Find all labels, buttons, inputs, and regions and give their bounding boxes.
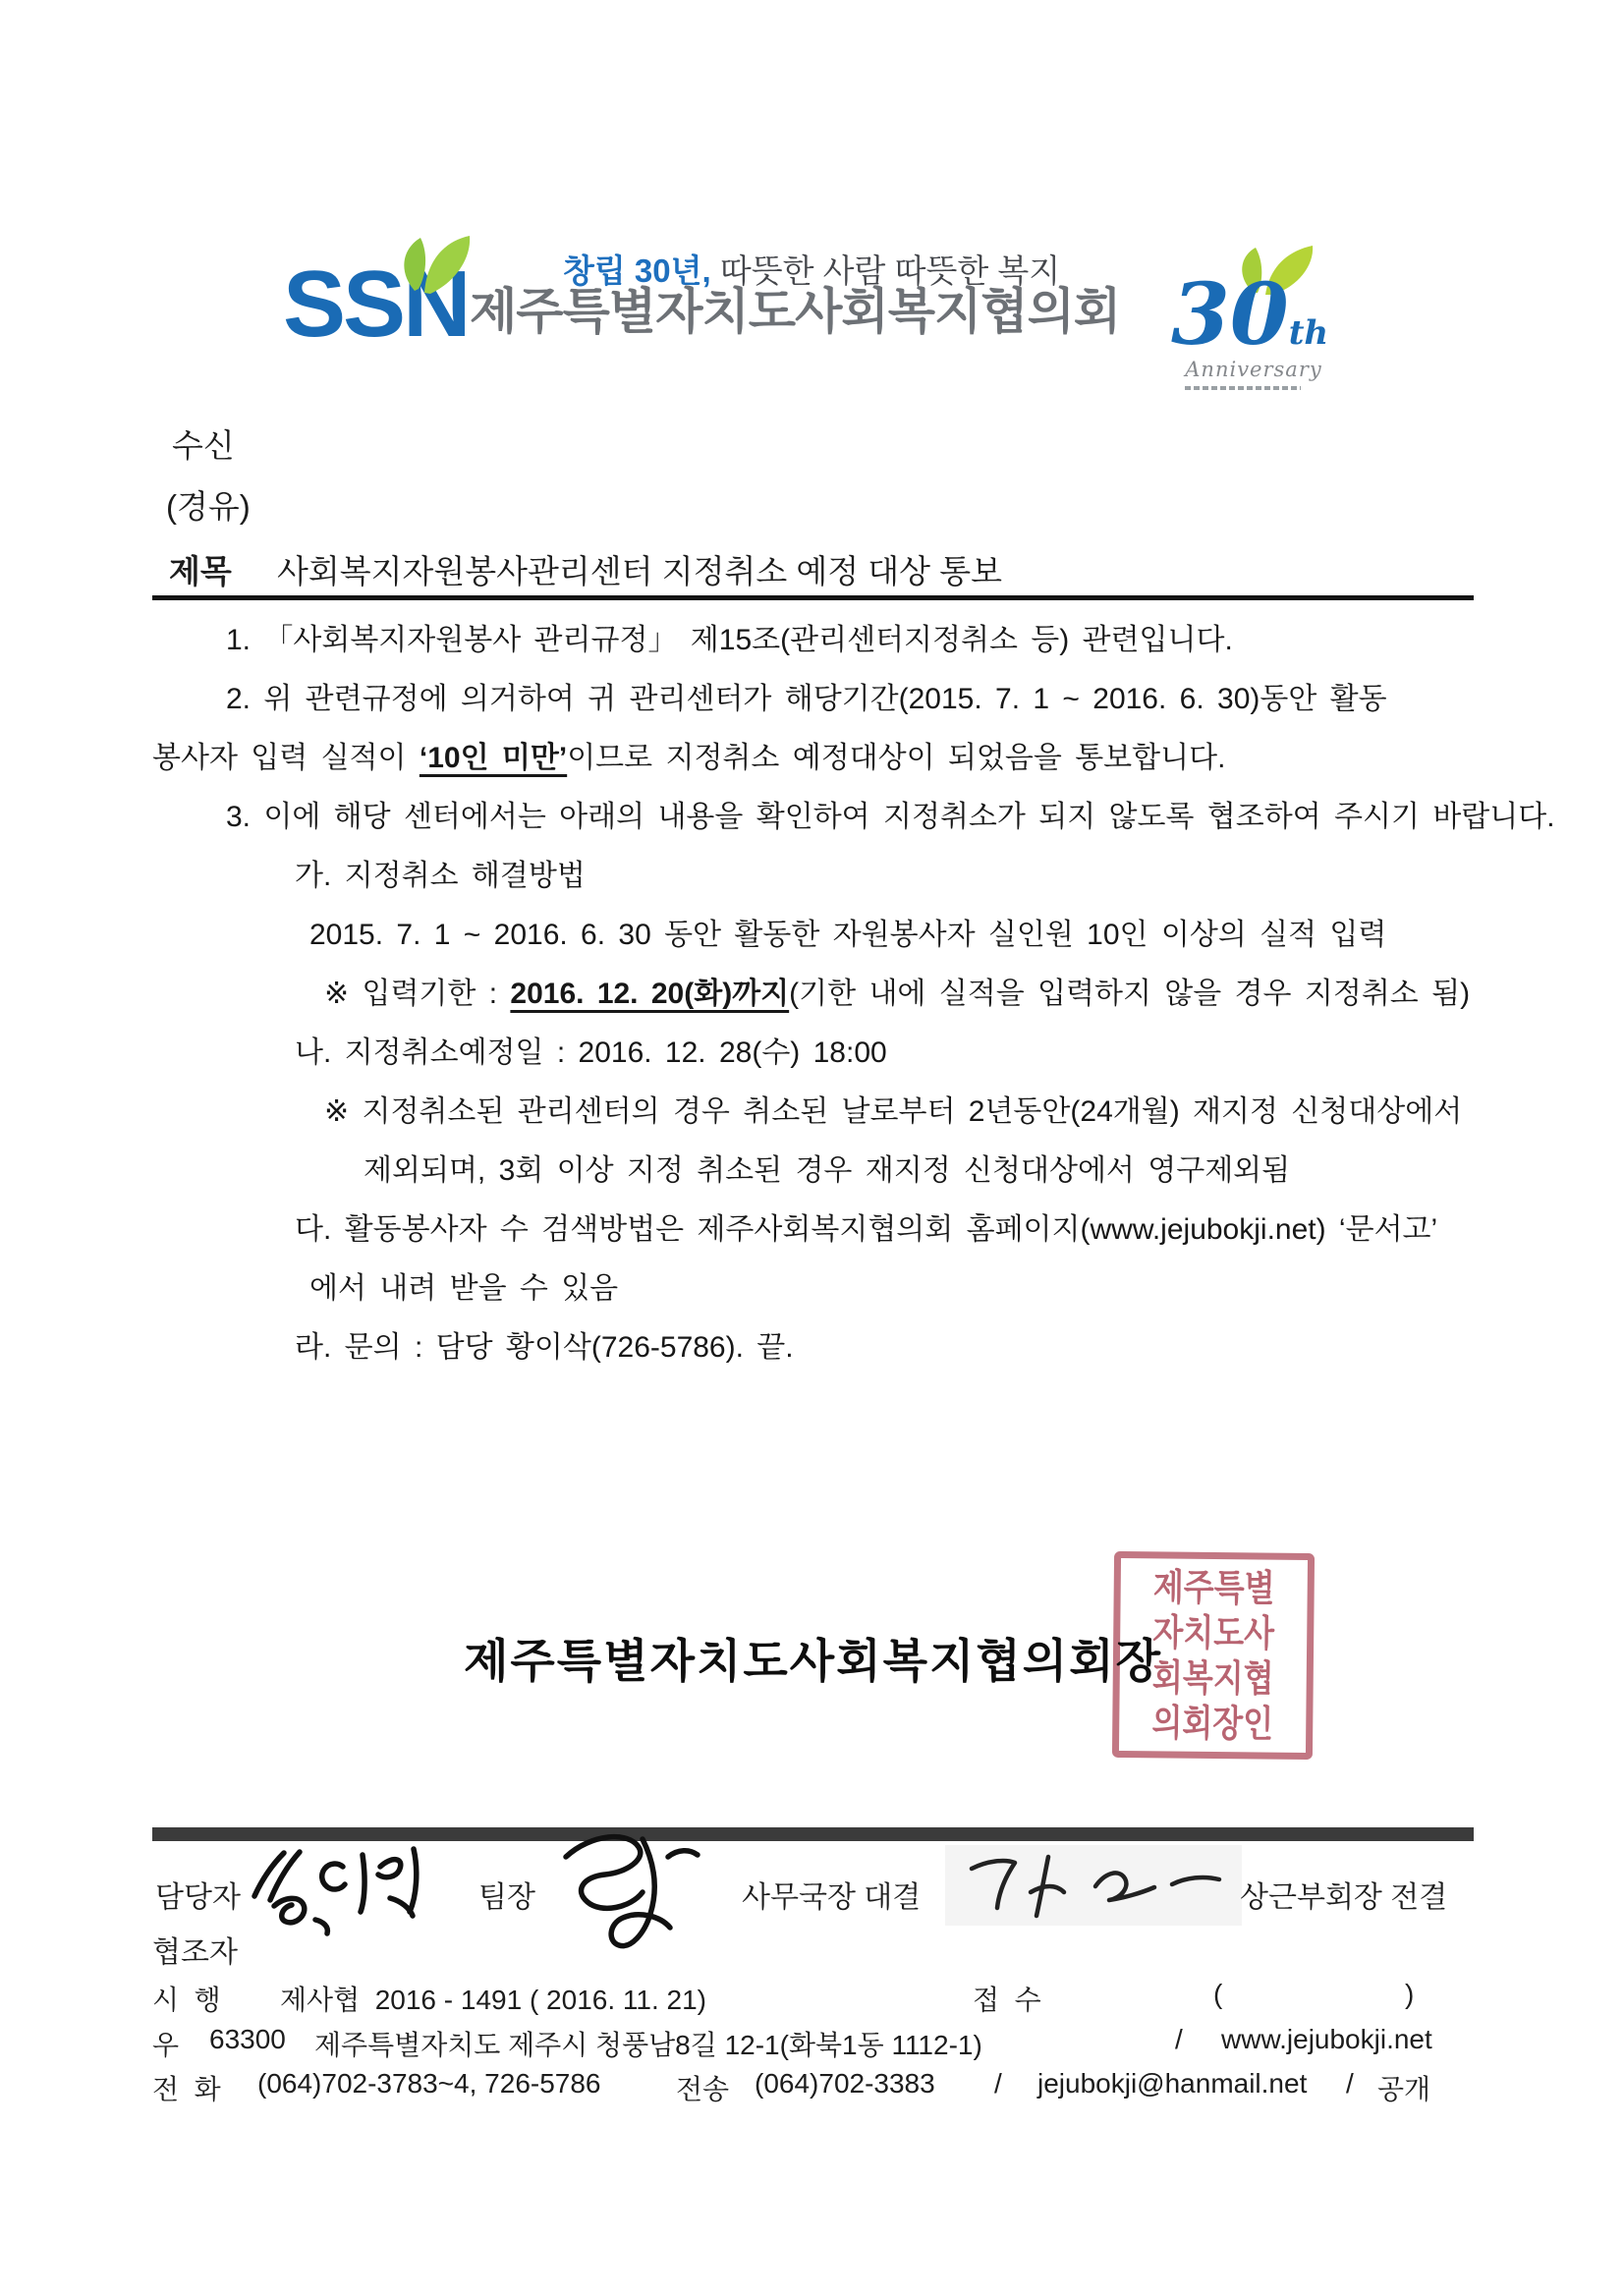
team-leader-signature [542, 1827, 709, 1960]
body-text: ※ 입력기한 : [324, 978, 510, 1010]
website-text: www.jejubokji.net [1221, 2024, 1432, 2055]
staff-signature [241, 1843, 442, 1939]
postal-label: 우 [152, 2024, 179, 2063]
slash-separator: / [1346, 2068, 1354, 2100]
body-text: 이므로 지정취소 예정대상이 되었음을 통보합니다. [567, 742, 1225, 774]
seal-row: 의회장인 [1123, 1704, 1302, 1743]
fax-label: 전송 [676, 2068, 729, 2107]
body-line: 나. 지정취소예정일 : 2016. 12. 28(수) 18:00 [152, 1024, 1488, 1083]
team-leader-label: 팀장 [478, 1873, 535, 1916]
body-line: 제외되며, 3회 이상 지정 취소된 경우 재지정 신청대상에서 영구제외됨 [152, 1142, 1488, 1201]
body-line: 에서 내려 받을 수 있음 [152, 1260, 1488, 1318]
body-line: ※ 입력기한 : 2016. 12. 20(화)까지(기한 내에 실적을 입력하… [152, 965, 1488, 1024]
secretary-label: 사무국장 대결 [742, 1873, 921, 1916]
vice-chairman-label: 상근부회장 전결 [1240, 1873, 1447, 1916]
body-line: 2015. 7. 1 ~ 2016. 6. 30 동안 활동한 자원봉사자 실인… [152, 906, 1488, 965]
cooperator-label: 협조자 [152, 1928, 238, 1971]
anniversary-number: 30 [1171, 265, 1289, 364]
recipient-label: 수신 [172, 420, 235, 467]
seal-row: 자치도사 [1124, 1613, 1303, 1652]
fax-number: (064)702-3383 [755, 2068, 935, 2100]
staff-label: 담당자 [155, 1873, 241, 1916]
subject-text: 사회복지자원봉사관리센터 지정취소 예정 대상 통보 [277, 546, 1002, 592]
footer-divider-bar [152, 1827, 1474, 1841]
document-page: SSN 창립 30년, 따뜻한 사람 따뜻한 복지 제주특별자치도사회복지협의회… [0, 0, 1624, 2296]
anniversary-number-group: 30th [1171, 273, 1328, 358]
anniversary-logo: 30th Anniversary [1171, 244, 1338, 386]
disclosure-label: 공개 [1377, 2068, 1430, 2107]
postal-code: 63300 [209, 2024, 286, 2055]
phone-label: 전 화 [152, 2068, 221, 2107]
threshold-emphasis: ‘10인 미만’ [420, 742, 567, 774]
receipt-paren-open: ( [1213, 1979, 1222, 2010]
document-body: 1. 「사회복지자원봉사 관리규정」 제15조(관리센터지정취소 등) 관련입니… [152, 611, 1488, 1377]
title-divider [152, 595, 1474, 600]
official-seal-stamp: 제주특별 자치도사 회복지협 의회장인 [1112, 1551, 1315, 1760]
issue-label: 시 행 [152, 1979, 221, 2018]
email-text: jejubokji@hanmail.net [1037, 2068, 1307, 2100]
secretary-signature [958, 1849, 1238, 1924]
body-line: 1. 「사회복지자원봉사 관리규정」 제15조(관리센터지정취소 등) 관련입니… [152, 611, 1488, 670]
seal-row: 제주특별 [1125, 1568, 1304, 1607]
body-line: 라. 문의 : 담당 황이삭(726-5786). 끝. [152, 1318, 1488, 1377]
address-text: 제주특별자치도 제주시 청풍남8길 12-1(화북1동 1112-1) [314, 2024, 982, 2063]
body-line: 3. 이에 해당 센터에서는 아래의 내용을 확인하여 지정취소가 되지 않도록… [152, 788, 1488, 847]
body-line: 가. 지정취소 해결방법 [152, 847, 1488, 906]
slash-separator: / [994, 2068, 1002, 2100]
deadline-emphasis: 2016. 12. 20(화)까지 [510, 978, 789, 1010]
receipt-paren-close: ) [1405, 1979, 1414, 2010]
anniversary-subtext-line [1185, 386, 1301, 390]
phone-numbers: (064)702-3783~4, 726-5786 [257, 2068, 601, 2100]
body-line: ※ 지정취소된 관리센터의 경우 취소된 날로부터 2년동안(24개월) 재지정… [152, 1083, 1488, 1142]
slash-separator: / [1175, 2024, 1183, 2055]
org-name: 제주특별자치도사회복지협의회 [470, 287, 1120, 336]
receipt-label: 접 수 [973, 1979, 1041, 2018]
body-line: 다. 활동봉사자 수 검색방법은 제주사회복지협의회 홈페이지(www.jeju… [152, 1201, 1488, 1260]
anniversary-label: Anniversary [1175, 358, 1332, 381]
body-line: 봉사자 입력 실적이 ‘10인 미만’이므로 지정취소 예정대상이 되었음을 통… [152, 729, 1488, 788]
body-text: (기한 내에 실적을 입력하지 않을 경우 지정취소 됨) [789, 978, 1470, 1010]
body-text: 봉사자 입력 실적이 [152, 742, 420, 774]
subject-label: 제목 [169, 546, 232, 592]
body-line: 2. 위 관련규정에 의거하여 귀 관리센터가 해당기간(2015. 7. 1 … [152, 670, 1488, 729]
anniversary-suffix: th [1289, 313, 1328, 353]
via-label: (경유) [166, 481, 251, 528]
ssn-leaf-icon [391, 232, 477, 295]
seal-row: 회복지협 [1124, 1658, 1303, 1698]
issue-number: 제사협 2016 - 1491 ( 2016. 11. 21) [280, 1979, 706, 2018]
